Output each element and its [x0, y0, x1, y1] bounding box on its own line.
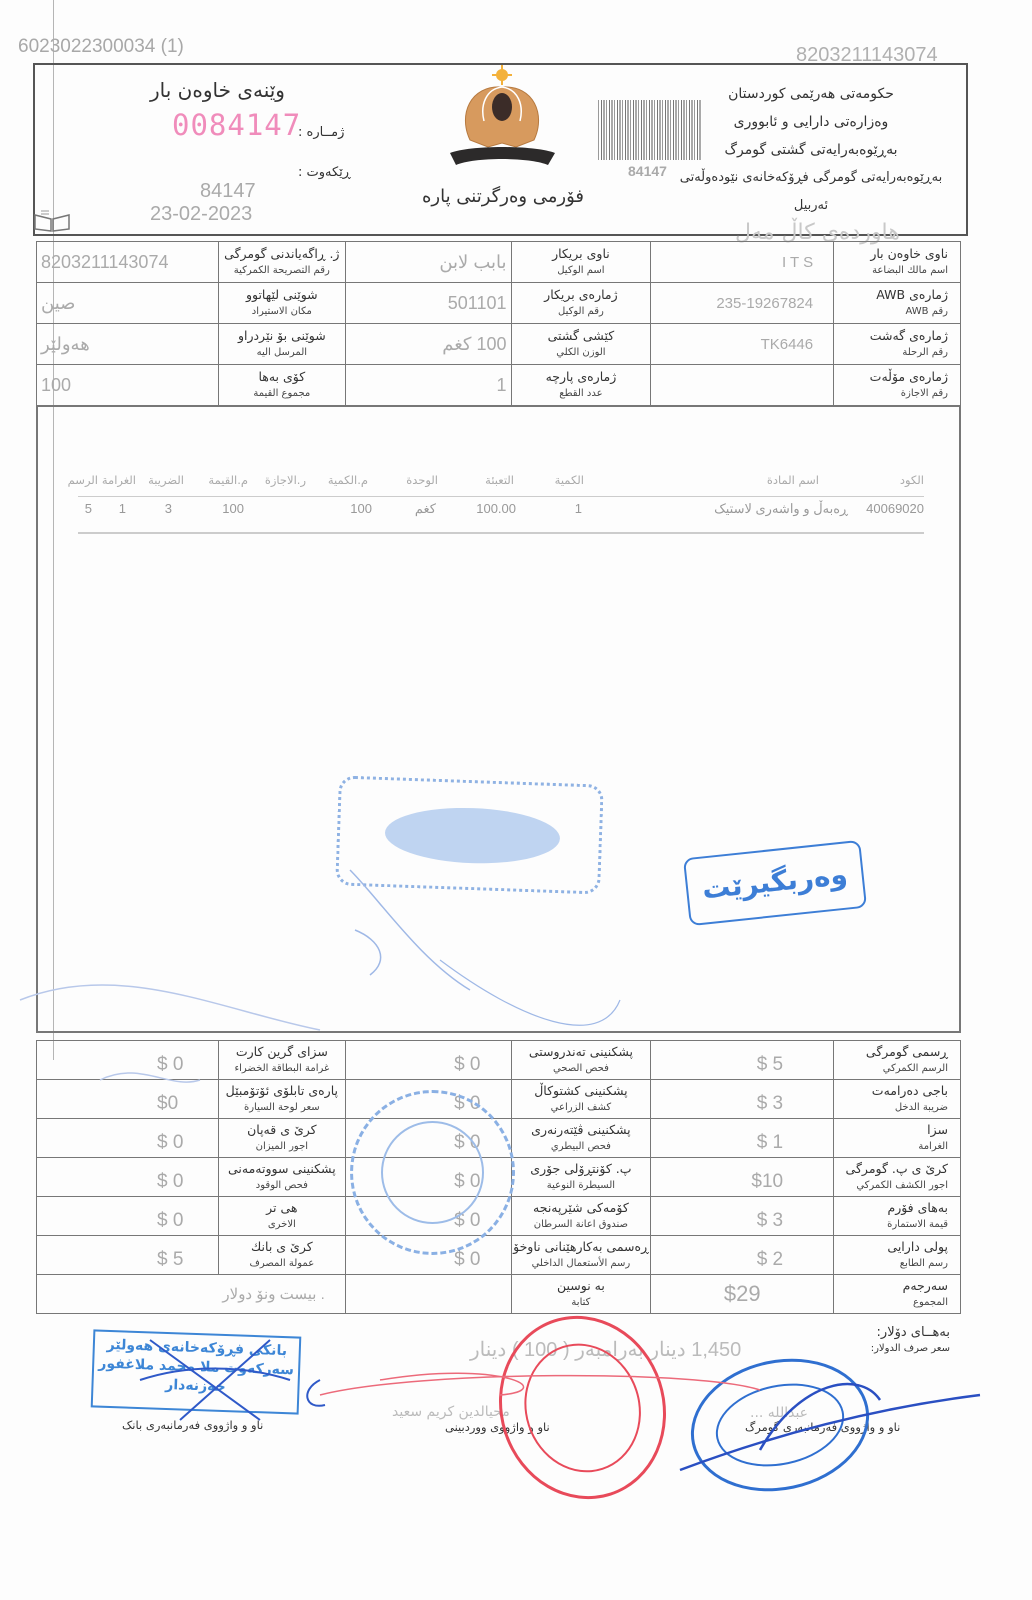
fee-left-value: $ 5 [37, 1236, 219, 1275]
left-label: شوێنی لێهاتوومكان الاستيراد [218, 283, 345, 324]
col-value: م.القيمة [208, 473, 248, 487]
kurdistan-emblem-icon [440, 65, 565, 175]
item-unit-qty: 100 [350, 501, 372, 516]
fee-left-label: پارەی تابلۆی ئۆتۆمبێلسعر لوحة السيارة [218, 1080, 345, 1119]
col-packing: التعبئة [485, 473, 514, 487]
fee-right-value: $ 3 [651, 1197, 834, 1236]
table-row: صين شوێنی لێهاتوومكان الاستيراد 501101 ژ… [37, 283, 961, 324]
items-header: الكود اسم المادة الكمية التعبئة الوحدة م… [68, 473, 924, 493]
left-value: 100 [37, 365, 219, 406]
table-row: 100 کۆی بەهامجموع القيمة 1 ژمارەی پارچەع… [37, 365, 961, 406]
fee-left-value: $ 0 [37, 1158, 219, 1197]
document-code-left: 6023022300034 (1) [18, 36, 184, 58]
fee-left-value: $0 [37, 1080, 219, 1119]
fee-row: $0 پارەی تابلۆی ئۆتۆمبێلسعر لوحة السيارة… [37, 1080, 961, 1119]
shipment-info-table: 8203211143074 ژ. ڕاگەیاندنی گومرگیرقم ال… [36, 241, 961, 406]
col-unit-qty: م.الكمية [328, 473, 368, 487]
table-row: هەولێر شوێنی بۆ نێردراوالمرسل اليه 100 ک… [37, 324, 961, 365]
fee-mid-label: پشکنینی کشتوکاڵكشف الزراعي [511, 1080, 651, 1119]
owner-copy-title: وێنەی خاوەن بار [150, 78, 285, 102]
right-label: ژمارەی گەشترقم الرحلة [834, 324, 961, 365]
fee-row: $ 5 کرێ ی بانكعمولة المصرف $ 0 ڕەسمی بەک… [37, 1236, 961, 1275]
exchange-rate-label: بەهــای دۆلار: سعر صرف الدولار: [865, 1325, 950, 1357]
divider [78, 496, 924, 497]
airline-stamp [335, 775, 604, 894]
bank-signature-label: ناو و واژووی فەرمانبەری بانک [122, 1418, 263, 1432]
item-fine: 1 [119, 501, 126, 516]
mid-label: ناوی بریکاراسم الوكيل [511, 242, 651, 283]
fee-left-label: سزای گرین کارتغرامة البطاقة الخضراء [218, 1041, 345, 1080]
mid-label: کێشی گشتیالوزن الكلي [511, 324, 651, 365]
mid-value: 1 [345, 365, 511, 406]
round-blue-stamp [350, 1090, 515, 1255]
right-value: 235-19267824 [651, 283, 834, 324]
items-section: الكود اسم المادة الكمية التعبئة الوحدة م… [36, 405, 961, 1033]
item-code: 40069020 [866, 501, 924, 516]
col-name: اسم المادة [767, 473, 819, 487]
date-label: ڕێکەوت : [298, 165, 351, 180]
mid-label: ژمارەی پارچەعدد القطع [511, 365, 651, 406]
receipt-number-label: ژمــارە : [298, 125, 344, 140]
fee-right-value: $ 1 [651, 1119, 834, 1158]
fee-right-label: بەهای فۆرمقيمة الاستمارة [834, 1197, 961, 1236]
fee-row: $ 0 سزای گرین کارتغرامة البطاقة الخضراء … [37, 1041, 961, 1080]
fee-right-label: باجی دەرامەتضريبة الدخل [834, 1080, 961, 1119]
fee-left-label: کرێ ی قەپاناجور الميزان [218, 1119, 345, 1158]
mid-value: 100 کغم [345, 324, 511, 365]
bank-stamp: بانکی فڕۆکەخانەی هەولێر سەرکەوت ملا محمد… [91, 1329, 302, 1414]
reference-number: 84147 [200, 180, 256, 203]
item-unit: کغم [415, 501, 436, 517]
fee-right-label: ڕسمی گومرگیالرسم الكمركي [834, 1041, 961, 1080]
fee-left-label: کرێ ی بانكعمولة المصرف [218, 1236, 345, 1275]
receipt-number: 0084147 [172, 108, 301, 142]
item-name: ڕەبەڵ و واشەری لاستیک [714, 501, 848, 517]
auditor-name: محیالدین کریم سعید [392, 1404, 510, 1420]
divider [78, 532, 924, 534]
fee-left-value: $ 0 [37, 1041, 219, 1080]
fee-right-label: سزاالغرامة [834, 1119, 961, 1158]
left-value: صين [37, 283, 219, 324]
item-value: 100 [222, 501, 244, 516]
red-customs-stamp [475, 1294, 689, 1521]
total-row: . بیست ونۆ دولار بە نوسینكتابة $29 سەرجە… [37, 1275, 961, 1314]
mid-value: 501101 [345, 283, 511, 324]
total-written-label: بە نوسینكتابة [511, 1275, 651, 1314]
blue-customs-stamp [678, 1343, 881, 1508]
left-label: ژ. ڕاگەیاندنی گومرگیرقم التصريحة الكمركي… [218, 242, 345, 283]
fee-right-value: $ 5 [651, 1041, 834, 1080]
item-fee: 5 [85, 501, 92, 516]
item-tax: 3 [165, 501, 172, 516]
left-label: شوێنی بۆ نێردراوالمرسل اليه [218, 324, 345, 365]
fee-mid-label: پشکنینی تەندروستیفحص الصحي [511, 1041, 651, 1080]
col-fee: الرسم [68, 473, 98, 487]
left-label: کۆی بەهامجموع القيمة [218, 365, 345, 406]
fee-mid-label: کۆمەکی شێرپەنجەصندوق اعانة السرطان [511, 1197, 651, 1236]
gov-line-1: حکومەتی هەرێمی کوردستان [670, 80, 952, 108]
left-value: 8203211143074 [37, 242, 219, 283]
item-quantity: 1 [575, 501, 582, 516]
gov-line-3: بەڕێوەبەرایەتی گشتی گومرگ [670, 136, 952, 164]
book-icon [33, 205, 71, 233]
government-heading: حکومەتی هەرێمی کوردستان وەزارەتی دارایی … [670, 80, 952, 220]
right-value: TK6446 [651, 324, 834, 365]
right-label: ژمارەی مۆڵەترقم الاجازة [834, 365, 961, 406]
col-code: الكود [900, 473, 924, 487]
fee-right-value: $ 3 [651, 1080, 834, 1119]
col-quantity: الكمية [555, 473, 584, 487]
col-unit: الوحدة [406, 473, 438, 487]
right-value: I T S [651, 242, 834, 283]
date-value: 23-02-2023 [150, 203, 252, 226]
fee-mid-label: پ. کۆنتڕۆلی جۆریالسيطرة النوعية [511, 1158, 651, 1197]
total-written-value: . بیست ونۆ دولار [37, 1275, 346, 1314]
gov-line-2: وەزارەتی دارایی و ئابووری [670, 108, 952, 136]
form-title: فۆرمی وەرگرتنی پارە [418, 186, 588, 207]
fee-mid-label: پشکنینی ڤێتەرنەریفحص البيطري [511, 1119, 651, 1158]
item-packing: 100.00 [476, 501, 516, 516]
mid-value: بابب لابن [345, 242, 511, 283]
fee-right-label: کرێ ی پ. گومرگیاجور الكشف الكمركي [834, 1158, 961, 1197]
total-value: $29 [651, 1275, 834, 1314]
col-license: ر.الاجازة [265, 473, 306, 487]
fee-mid-label: ڕەسمی بەکارهێنانی ناوخۆرسم الأستعمال الد… [511, 1236, 651, 1275]
col-tax: الضريبة [148, 473, 184, 487]
total-label: سەرجەمالمجموع [834, 1275, 961, 1314]
fee-left-value: $ 0 [37, 1197, 219, 1236]
fee-right-value: $10 [651, 1158, 834, 1197]
barcode-number: 84147 [628, 163, 667, 179]
table-row: 40069020 ڕەبەڵ و واشەری لاستیک 1 100.00 … [68, 501, 924, 523]
fee-left-label: هی ترالاخرى [218, 1197, 345, 1236]
right-value [651, 365, 834, 406]
gov-line-4: بەڕێوەبەرایەتی گومرگی فڕۆکەخانەی نێودەوڵ… [670, 164, 952, 220]
left-value: هەولێر [37, 324, 219, 365]
fee-right-value: $ 2 [651, 1236, 834, 1275]
fee-mid-value: $ 0 [345, 1041, 511, 1080]
col-fine: الغرامة [102, 473, 136, 487]
fee-left-label: پشکنینی سووتەمەنیفحص الوقود [218, 1158, 345, 1197]
fee-left-value: $ 0 [37, 1119, 219, 1158]
table-row: 8203211143074 ژ. ڕاگەیاندنی گومرگیرقم ال… [37, 242, 961, 283]
fee-right-label: پولی داراییرسم الطابع [834, 1236, 961, 1275]
right-label: ژمارەی AWBرقم AWB [834, 283, 961, 324]
right-label: ناوی خاوەن باراسم مالك البضاعة [834, 242, 961, 283]
mid-label: ژمارەی بریکاررقم الوكيل [511, 283, 651, 324]
